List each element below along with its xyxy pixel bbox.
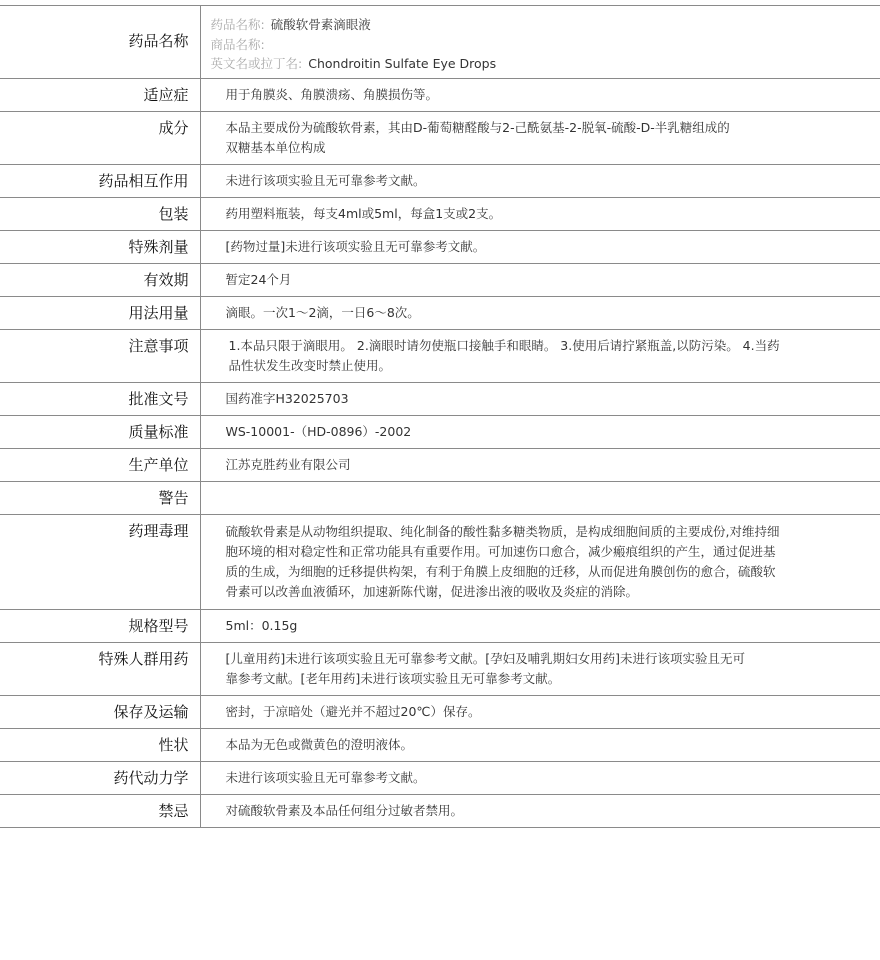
row-value: WS-10001-（HD-0896）-2002 [200, 415, 880, 448]
drug-spec-table: 药品名称 药品名称:硫酸软骨素滴眼液 商品名称: 英文名或拉丁名:Chondro… [0, 5, 880, 828]
row-value: 对硫酸软骨素及本品任何组分过敏者禁用。 [200, 794, 880, 827]
drug-name-cell: 药品名称:硫酸软骨素滴眼液 商品名称: 英文名或拉丁名:Chondroitin … [200, 6, 880, 79]
row-label: 生产单位 [0, 448, 200, 481]
row-pharmacokinetics: 药代动力学 未进行该项实验且无可靠参考文献。 [0, 761, 880, 794]
row-value: [儿童用药]未进行该项实验且无可靠参考文献。[孕妇及哺乳期妇女用药]未进行该项实… [200, 642, 880, 695]
row-label: 药理毒理 [0, 514, 200, 609]
row-label: 注意事项 [0, 329, 200, 382]
row-drug-name: 药品名称 药品名称:硫酸软骨素滴眼液 商品名称: 英文名或拉丁名:Chondro… [0, 6, 880, 79]
row-value: [药物过量]未进行该项实验且无可靠参考文献。 [200, 230, 880, 263]
row-value: 滴眼。一次1～2滴，一日6～8次。 [200, 296, 880, 329]
row-value: 未进行该项实验且无可靠参考文献。 [200, 761, 880, 794]
row-label: 药品名称 [0, 6, 200, 79]
row-label: 保存及运输 [0, 695, 200, 728]
row-indications: 适应症 用于角膜炎、角膜溃疡、角膜损伤等。 [0, 78, 880, 111]
row-label: 有效期 [0, 263, 200, 296]
row-drug-interactions: 药品相互作用 未进行该项实验且无可靠参考文献。 [0, 164, 880, 197]
row-value: 江苏克胜药业有限公司 [200, 448, 880, 481]
row-special-dosage: 特殊剂量 [药物过量]未进行该项实验且无可靠参考文献。 [0, 230, 880, 263]
generic-name-line: 药品名称:硫酸软骨素滴眼液 [211, 15, 871, 35]
row-contraindications: 禁忌 对硫酸软骨素及本品任何组分过敏者禁用。 [0, 794, 880, 827]
row-shelf-life: 有效期 暂定24个月 [0, 263, 880, 296]
row-warning: 警告 [0, 481, 880, 514]
row-dosage: 用法用量 滴眼。一次1～2滴，一日6～8次。 [0, 296, 880, 329]
row-label: 成分 [0, 111, 200, 164]
row-label: 用法用量 [0, 296, 200, 329]
row-label: 特殊人群用药 [0, 642, 200, 695]
row-value: 硫酸软骨素是从动物组织提取、纯化制备的酸性黏多糖类物质，是构成细胞间质的主要成份… [200, 514, 880, 609]
row-label: 适应症 [0, 78, 200, 111]
row-pharmacology: 药理毒理 硫酸软骨素是从动物组织提取、纯化制备的酸性黏多糖类物质，是构成细胞间质… [0, 514, 880, 609]
row-ingredients: 成分 本品主要成份为硫酸软骨素，其由D-葡萄糖醛酸与2-己酰氨基-2-脱氧-硫酸… [0, 111, 880, 164]
row-specification: 规格型号 5ml：0.15g [0, 609, 880, 642]
english-name-line: 英文名或拉丁名:Chondroitin Sulfate Eye Drops [211, 54, 871, 74]
row-value: 用于角膜炎、角膜溃疡、角膜损伤等。 [200, 78, 880, 111]
row-storage: 保存及运输 密封，于凉暗处（避光并不超过20℃）保存。 [0, 695, 880, 728]
row-label: 药品相互作用 [0, 164, 200, 197]
row-special-populations: 特殊人群用药 [儿童用药]未进行该项实验且无可靠参考文献。[孕妇及哺乳期妇女用药… [0, 642, 880, 695]
row-label: 药代动力学 [0, 761, 200, 794]
trade-name-key: 商品名称: [211, 37, 265, 52]
row-value: 暂定24个月 [200, 263, 880, 296]
row-value: 未进行该项实验且无可靠参考文献。 [200, 164, 880, 197]
row-label: 特殊剂量 [0, 230, 200, 263]
row-quality-standard: 质量标准 WS-10001-（HD-0896）-2002 [0, 415, 880, 448]
row-manufacturer: 生产单位 江苏克胜药业有限公司 [0, 448, 880, 481]
row-value: 本品主要成份为硫酸软骨素，其由D-葡萄糖醛酸与2-己酰氨基-2-脱氧-硫酸-D-… [200, 111, 880, 164]
row-approval-number: 批准文号 国药准字H32025703 [0, 382, 880, 415]
row-label: 警告 [0, 481, 200, 514]
row-value: 药用塑料瓶装，每支4ml或5ml，每盒1支或2支。 [200, 197, 880, 230]
row-value: 5ml：0.15g [200, 609, 880, 642]
row-appearance: 性状 本品为无色或微黄色的澄明液体。 [0, 728, 880, 761]
row-precautions: 注意事项 1.本品只限于滴眼用。 2.滴眼时请勿使瓶口接触手和眼睛。 3.使用后… [0, 329, 880, 382]
row-packaging: 包装 药用塑料瓶装，每支4ml或5ml，每盒1支或2支。 [0, 197, 880, 230]
generic-name-value: 硫酸软骨素滴眼液 [271, 17, 371, 32]
trade-name-line: 商品名称: [211, 35, 871, 55]
row-value: 本品为无色或微黄色的澄明液体。 [200, 728, 880, 761]
row-label: 质量标准 [0, 415, 200, 448]
row-label: 规格型号 [0, 609, 200, 642]
row-value [200, 481, 880, 514]
row-value: 1.本品只限于滴眼用。 2.滴眼时请勿使瓶口接触手和眼睛。 3.使用后请拧紧瓶盖… [200, 329, 880, 382]
row-label: 性状 [0, 728, 200, 761]
row-value: 国药准字H32025703 [200, 382, 880, 415]
english-name-value: Chondroitin Sulfate Eye Drops [308, 56, 496, 71]
row-label: 包装 [0, 197, 200, 230]
row-value: 密封，于凉暗处（避光并不超过20℃）保存。 [200, 695, 880, 728]
row-label: 禁忌 [0, 794, 200, 827]
english-name-key: 英文名或拉丁名: [211, 56, 303, 71]
generic-name-key: 药品名称: [211, 17, 265, 32]
row-label: 批准文号 [0, 382, 200, 415]
